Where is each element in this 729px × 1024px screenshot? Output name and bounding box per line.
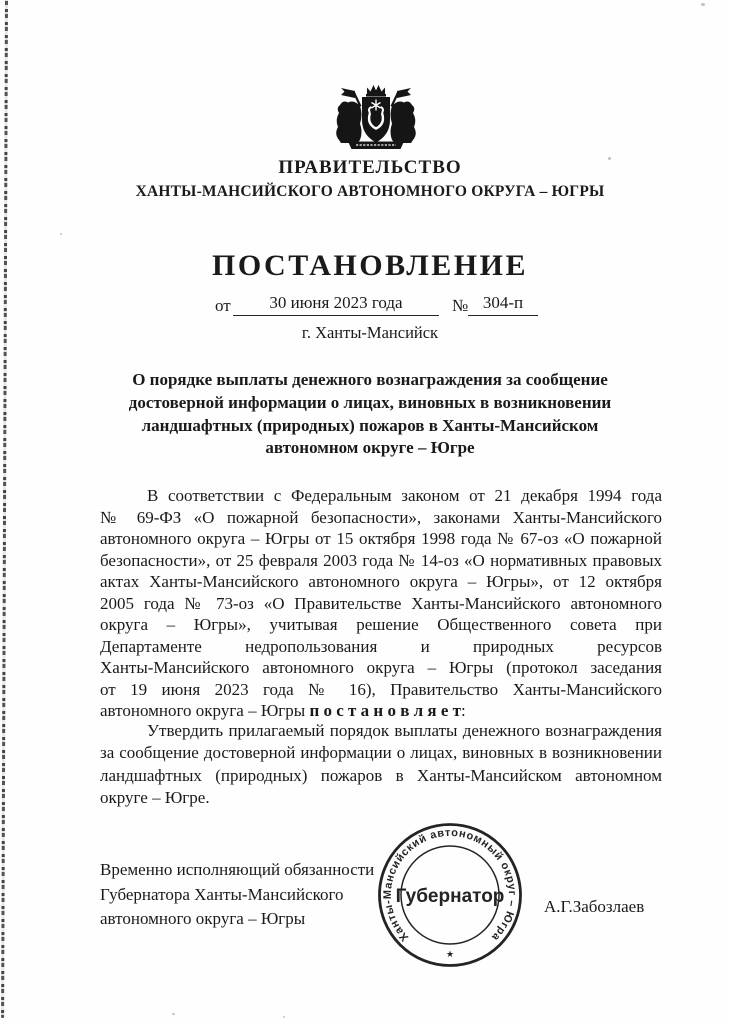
date-from-label: от [215,296,231,316]
resolves-prefix: автономного округа – Югры [100,701,309,720]
signatory-position-line: Губернатора Ханты-Мансийского [100,883,374,908]
body-line: автономного округа – Югры от 15 октября … [100,528,662,550]
resolves-colon: : [461,701,466,720]
subject-heading: О порядке выплаты денежного вознагражден… [40,369,700,460]
subject-line: ландшафтных (природных) пожаров в Ханты-… [40,415,700,438]
scan-speck [283,1016,285,1018]
signatory-name: А.Г.Забозлаев [544,897,644,917]
body-line: округа – Югры», учитывая решение Обществ… [100,614,662,636]
governor-seal-stamp: Ханты-Мансийский автономный округ – Югра… [375,820,525,970]
body-line: за сообщение достоверной информации о ли… [100,742,662,764]
org-name-line1: ПРАВИТЕЛЬСТВО [40,157,700,179]
body-line: Департаменте недропользования и природны… [100,636,662,658]
body-line: от 19 июня 2023 года № 16), Правительств… [100,679,662,701]
body-paragraph-1: В соответствии с Федеральным законом от … [100,485,662,722]
number-underline: 304-п [468,289,538,316]
body-line: Утвердить прилагаемый порядок выплаты де… [100,720,662,742]
body-line: В соответствии с Федеральным законом от … [100,485,662,507]
signatory-position-line: Временно исполняющий обязанности [100,858,374,883]
org-name-line2: ХАНТЫ-МАНСИЙСКОГО АВТОНОМНОГО ОКРУГА – Ю… [40,183,700,201]
subject-line: автономном округе – Югре [40,437,700,460]
seal-center-text: Губернатор [396,886,505,907]
scan-speck [60,233,62,235]
subject-line: О порядке выплаты денежного вознагражден… [40,369,700,392]
body-line: безопасности», от 25 февраля 2003 года №… [100,550,662,572]
city-line: г. Ханты-Мансийск [40,323,700,343]
scan-speck [172,1013,175,1015]
date-underline: 30 июня 2023 года [233,289,439,316]
number-sign-label: № [452,296,468,316]
coat-of-arms-icon [330,84,422,150]
body-line: актах Ханты-Мансийского автономного окру… [100,571,662,593]
body-line: Ханты-Мансийского автономного округа – Ю… [100,657,662,679]
date-value: 30 июня 2023 года [269,293,402,313]
signatory-position-line: автономного округа – Югры [100,907,374,932]
document-number: 304-п [483,293,523,313]
signatory-position: Временно исполняющий обязанности Губерна… [100,858,374,932]
body-line-resolves: автономного округа – Югры п о с т а н о … [100,700,662,722]
body-line: округе – Югре. [100,787,662,809]
scanned-document-page: { "doc": { "ink_color": "#1a1a1a", "embl… [0,0,729,1024]
date-number-row: от 30 июня 2023 года № 304-п [0,292,729,316]
body-line: 2005 года № 73-оз «О Правительстве Ханты… [100,593,662,615]
resolves-emphasis: п о с т а н о в л я е т [309,701,461,720]
subject-line: достоверной информации о лицах, виновных… [40,392,700,415]
body-line: № 69-ФЗ «О пожарной безопасности», закон… [100,507,662,529]
body-paragraph-2: Утвердить прилагаемый порядок выплаты де… [100,720,662,810]
body-line: ландшафтных (природных) пожаров в Ханты-… [100,765,662,787]
scan-speck [701,3,705,6]
seal-star-icon: ★ [446,949,454,959]
document-title: ПОСТАНОВЛЕНИЕ [40,249,700,283]
scan-edge-artifact [1,0,8,1018]
